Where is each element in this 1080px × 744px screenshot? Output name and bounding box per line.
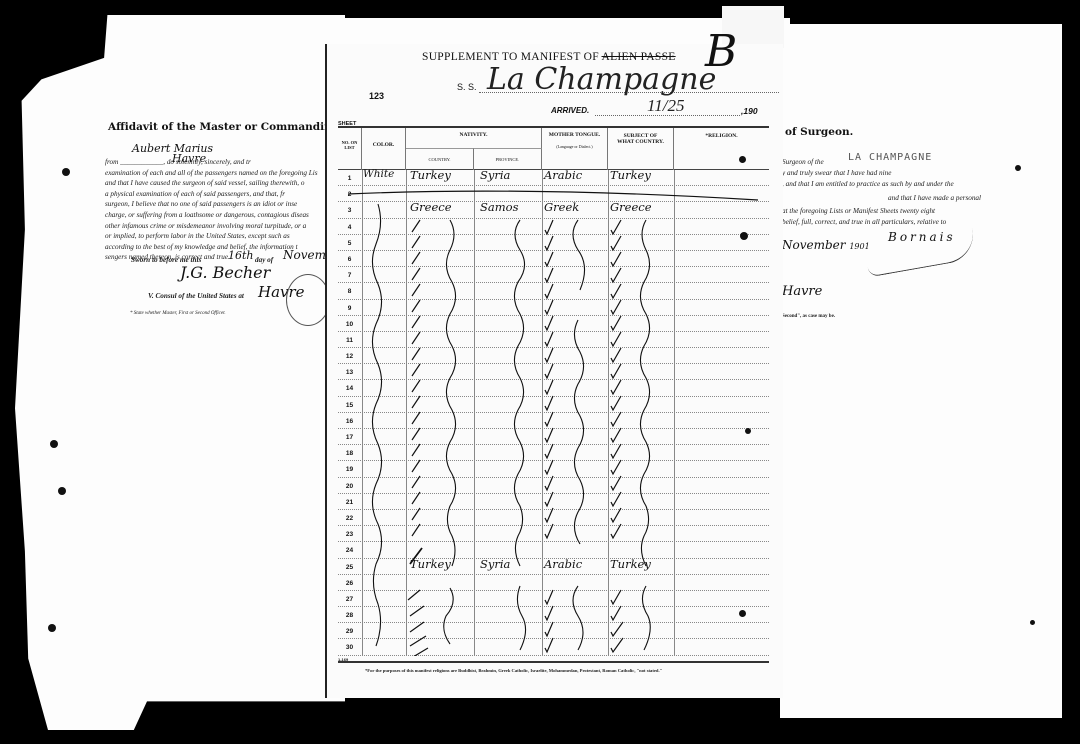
arrived-year: ,190 [741,106,758,116]
ink-spot [58,487,66,495]
sworn-month-right: November 1901 [782,238,870,252]
left-footnote: * State whether Master, First or Second … [130,309,226,320]
ink-spot [745,428,751,434]
ship-stamp: LA CHAMPAGNE [848,152,932,163]
consul-seal [286,274,330,326]
ink-spot [62,168,70,176]
consul-signature: J.G. Becher [180,263,270,282]
ship-name: La Champagne [487,62,716,97]
ink-spot [739,156,746,163]
col-mother-tongue: MOTHER TONGUE. (Language or Dialect.) [542,128,608,170]
right-affidavit-title: of Surgeon. [785,126,853,138]
table-header: No. on List COLOR. NATIVITY. COUNTRY. PR… [338,128,769,170]
table-body: 1 White Turkey Syria Arabic Turkey 2 3 G… [338,170,769,656]
col-country: COUNTRY. [406,148,474,170]
col-color: COLOR. [362,128,406,170]
ditto-marks [338,170,769,656]
manifest-table: No. on List COLOR. NATIVITY. COUNTRY. PR… [338,128,769,656]
ink-spot [740,232,748,240]
sworn-day: 16th [228,249,254,262]
ink-spot [48,624,56,632]
consul-line: V. Consul of the United States at [148,291,244,302]
col-subject-of: SUBJECT OF WHAT COUNTRY. [608,128,674,170]
ink-spot [50,440,58,448]
arrived-date: 11/25 [647,96,684,116]
left-affidavit-title: Affidavit of the Master or Commanding, O… [108,121,360,133]
right-footnote: Second", as case may be. [782,312,835,323]
ink-spot [1030,620,1035,625]
surgeon-place: Havre [782,284,822,299]
ink-spot [739,610,746,617]
manifest-sheet: SUPPLEMENT TO MANIFEST OF ALIEN PASSE B … [325,44,783,698]
religion-footnote: *For the purposes of this manifest relig… [365,668,662,673]
table-bottom-rule [338,661,769,663]
list-number: 123 [369,91,384,101]
form-number: 1-169 [338,657,348,662]
ss-label: S. S. [457,82,477,92]
col-no-on-list: No. on List [338,128,362,170]
arrived-label: ARRIVED. [551,106,589,115]
ink-spot [1015,165,1021,171]
col-religion: *RELIGION. [674,128,769,170]
col-province: PROVINCE. [474,148,542,170]
